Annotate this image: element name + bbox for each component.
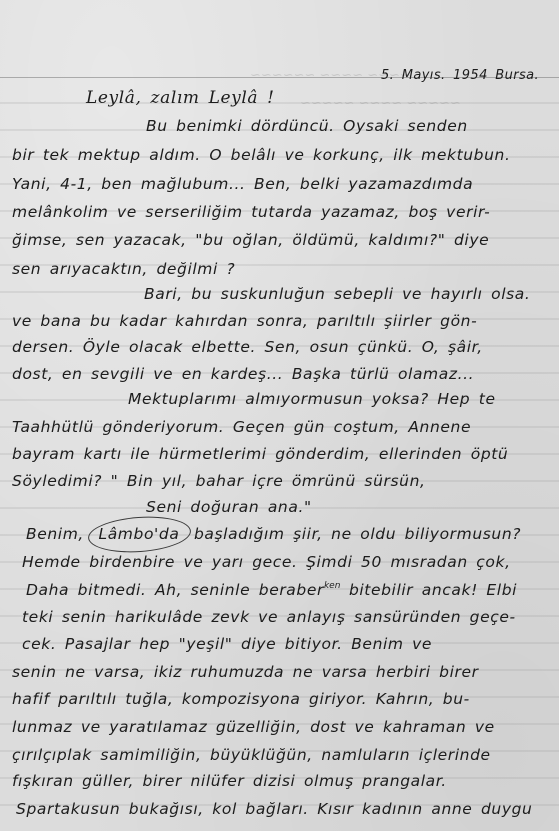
letter-line: lunmaz ve yaratılamaz güzelliğin, dost v… [12,718,495,736]
letter-line: Taahhütlü gönderiyorum. Geçen gün coştum… [12,418,471,436]
letter-text: Benim, [26,525,84,543]
letter-line: dost, en sevgili ve en kardeş... Başka t… [12,365,474,383]
letter-line: Spartakusun bukağısı, kol bağları. Kısır… [16,800,532,818]
letter-line: teki senin harikulâde zevk ve anlayış sa… [22,608,516,626]
letter-line: sen arıyacaktın, değilmi ? [12,260,235,278]
letter-line: dersen. Öyle olacak elbette. Sen, osun ç… [12,338,483,356]
letter-line: bir tek mektup aldım. O belâlı ve korkun… [12,146,511,164]
letter-line: Yani, 4-1, ben mağlubum... Ben, belki ya… [12,175,473,193]
letter-page: ~~~~ ~~~~ ~~~~~~ ~~~~~ ~~~~ ~~~~~ 5. May… [0,0,559,831]
letter-line: fışkıran güller, birer nilüfer dizisi ol… [12,772,447,790]
superscript-insert: ken [324,581,340,591]
letter-line: Hemde birdenbire ve yarı gece. Şimdi 50 … [22,553,511,571]
letter-text: başladığım şiir, ne oldu biliyormusun? [194,525,521,543]
letter-text: Daha bitmedi. Ah, seninle beraber [26,581,324,599]
letter-line: Bu benimki dördüncü. Oysaki senden [146,117,468,135]
letter-line: Benim, Lâmbo'da başladığım şiir, ne oldu… [26,525,521,543]
letter-line: bayram kartı ile hürmetlerimi gönderdim,… [12,445,508,463]
circled-word: Lâmbo'da [92,525,185,543]
letter-line: ve bana bu kadar kahırdan sonra, parıltı… [12,312,477,330]
letter-line: Mektuplarımı almıyormusun yoksa? Hep te [128,390,496,408]
letter-salutation: Leylâ, zalım Leylâ ! [86,88,275,108]
letter-line: senin ne varsa, ikiz ruhumuzda ne varsa … [12,663,479,681]
reverse-side-bleed: ~~~~~ ~~~~ ~~~~~ [300,96,461,111]
letter-line: çırılçıplak samimiliğin, büyüklüğün, nam… [12,746,491,764]
letter-line: Bari, bu suskunluğun sebepli ve hayırlı … [144,285,530,303]
letter-line: Seni doğuran ana." [146,498,312,516]
letter-line: hafif parıltılı tuğla, kompozisyona giri… [12,690,470,708]
letter-line: ğimse, sen yazacak, "bu oğlan, öldümü, k… [12,231,489,249]
letter-text: bitebilir ancak! Elbi [349,581,517,599]
letter-date: 5. Mayıs. 1954 Bursa. [381,68,539,83]
letter-line: melânkolim ve serseriliğim tutarda yazam… [12,203,490,221]
letter-line: cek. Pasajlar hep "yeşil" diye bitiyor. … [22,635,432,653]
letter-line: Daha bitmedi. Ah, seninle beraberken bit… [26,581,517,599]
letter-line: Söyledimi? " Bin yıl, bahar içre ömrünü … [12,472,426,490]
